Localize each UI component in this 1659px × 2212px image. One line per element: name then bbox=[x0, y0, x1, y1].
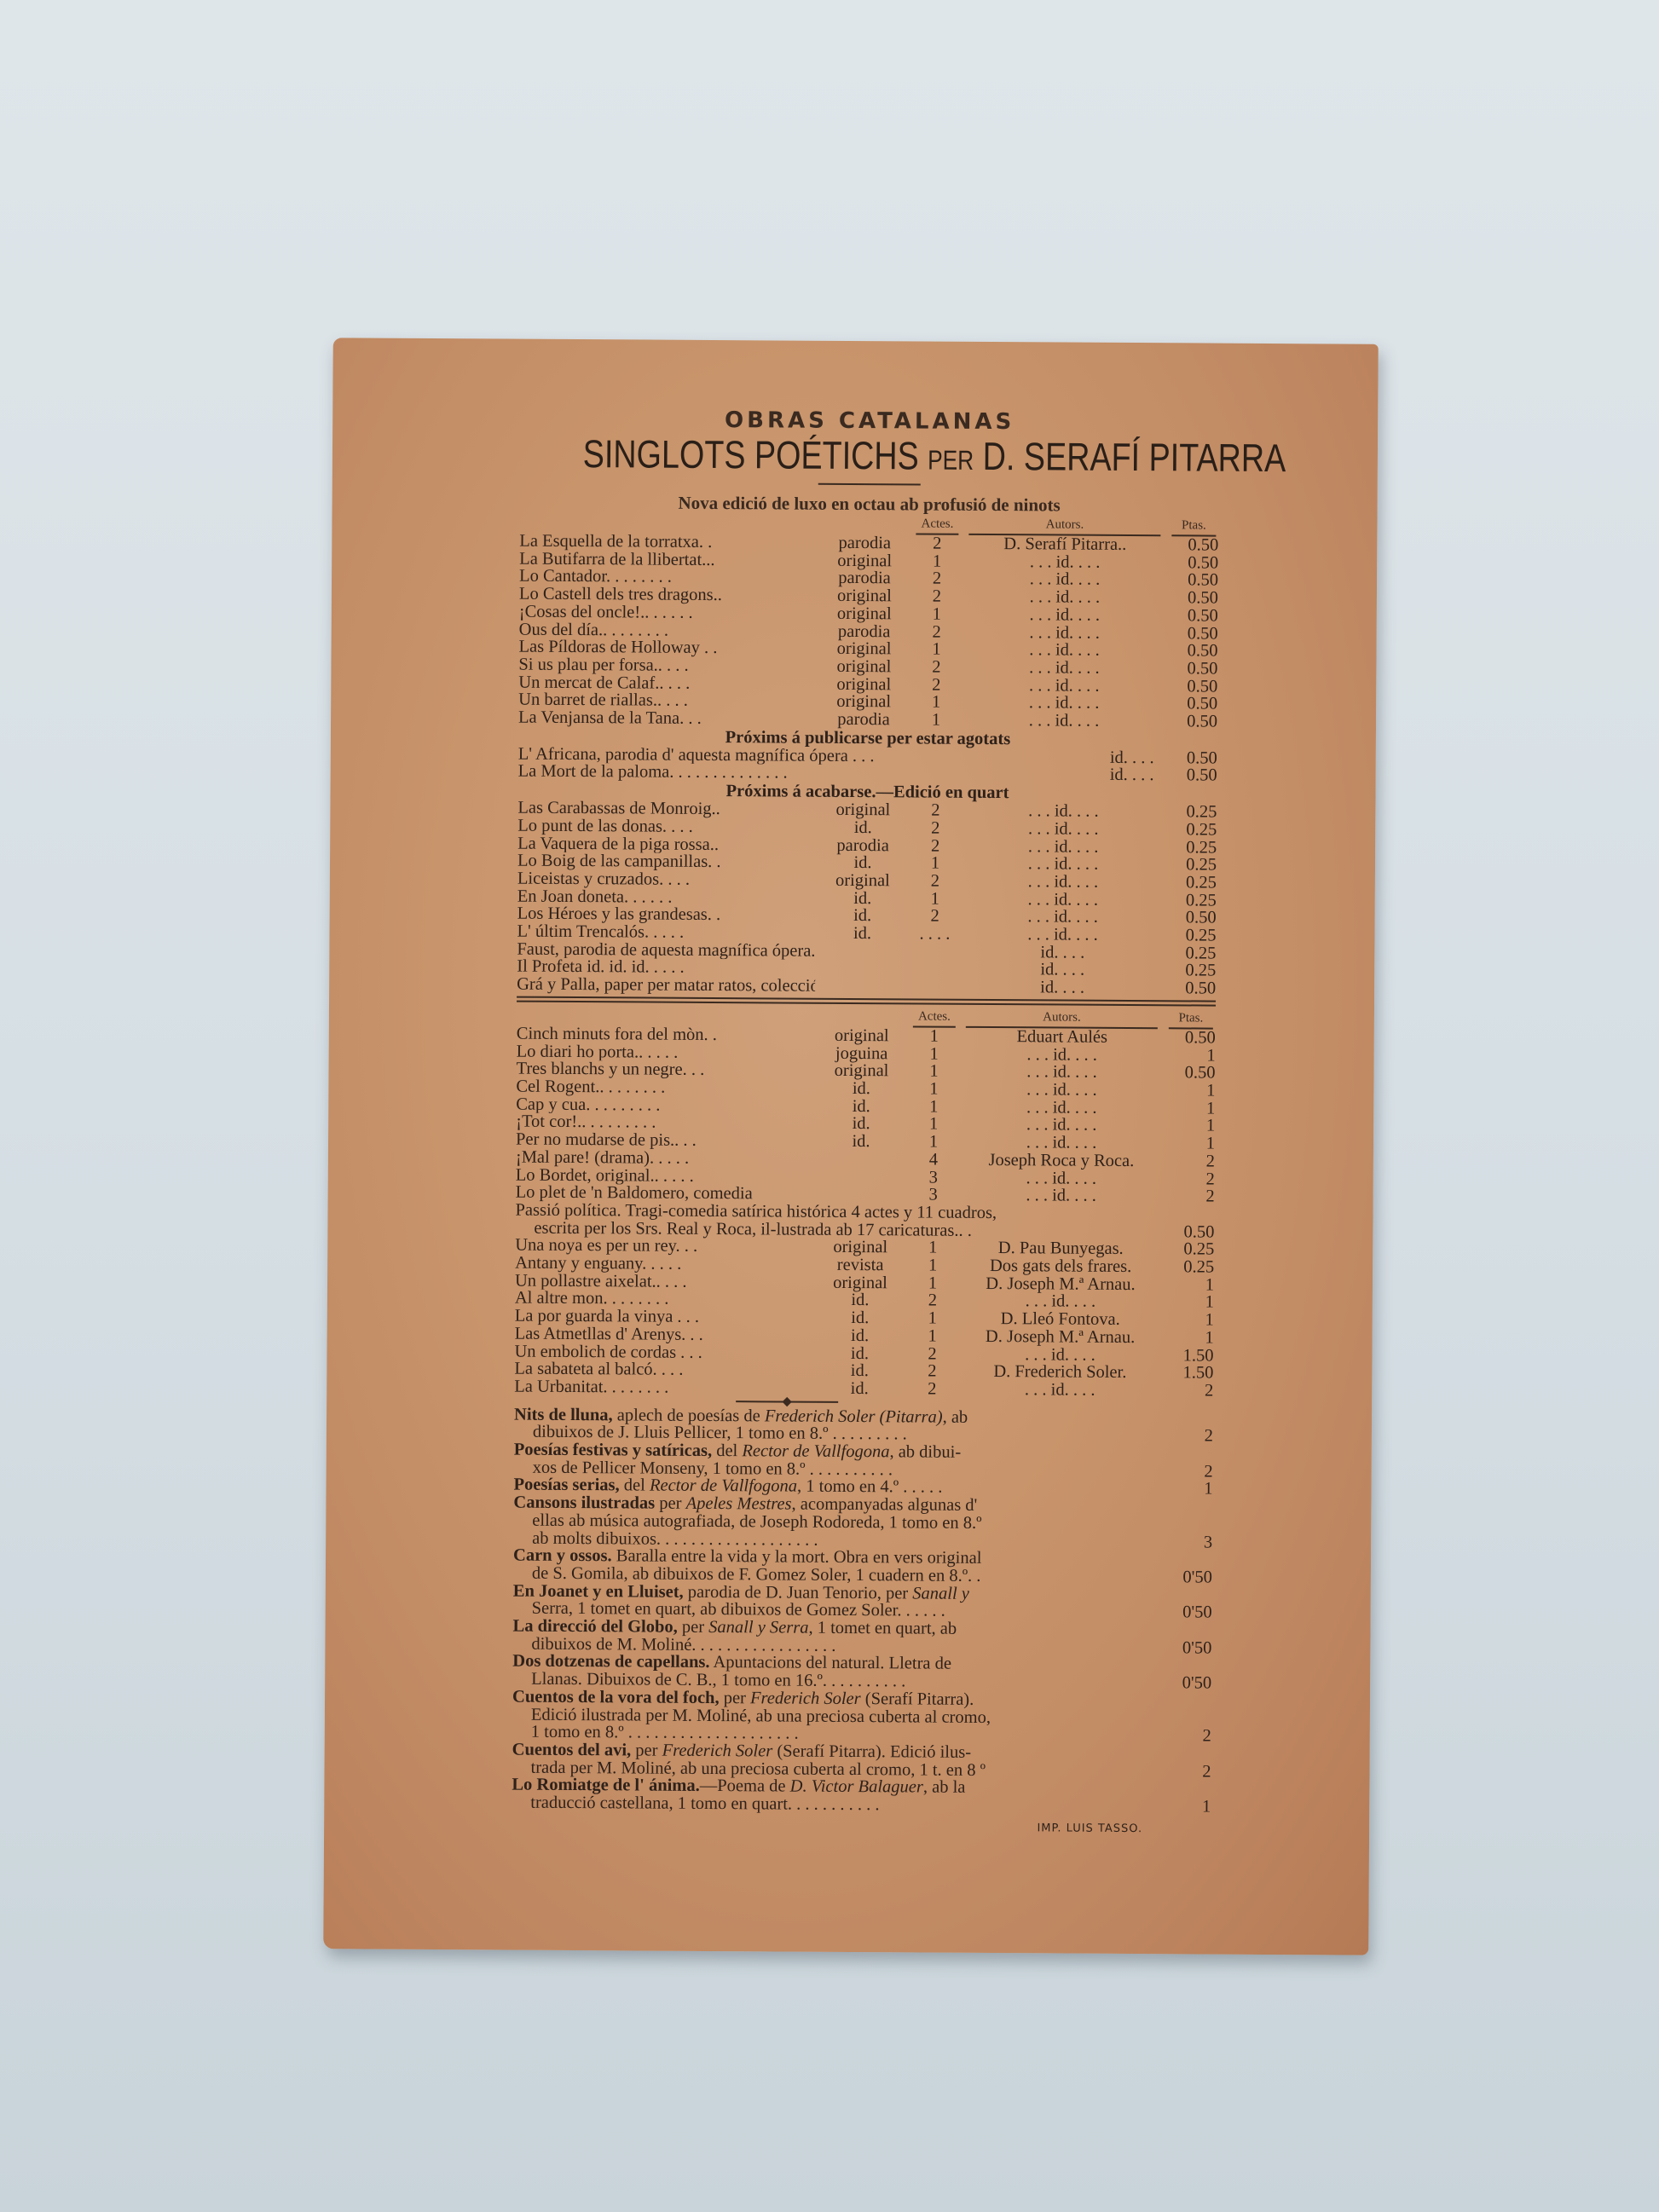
entry-title: Lo Cantador. . . . . . . . bbox=[519, 568, 818, 587]
entry-author: . . . id. . . . bbox=[962, 570, 1167, 589]
entry-author: . . . id. . . . bbox=[959, 1098, 1164, 1117]
book-title: La direcció del Globo, bbox=[512, 1617, 677, 1637]
book-price: 0'50 bbox=[1143, 1639, 1211, 1657]
entry-author: Dos gats dels frares. bbox=[958, 1257, 1163, 1276]
entry-acts: 2 bbox=[910, 802, 961, 820]
entry-price: 0.50 bbox=[1166, 749, 1217, 767]
entry-author: . . . id. . . . bbox=[961, 837, 1165, 856]
title-part-b: D. SERAFÍ PITARRA bbox=[983, 434, 1286, 480]
book-desc: per bbox=[678, 1618, 709, 1637]
book-text: Carn y ossos. Baralla entre la vida y la… bbox=[513, 1547, 1144, 1586]
entry-title: Faust, parodia de aquesta magnífica óper… bbox=[517, 940, 815, 960]
entry-acts: 1 bbox=[907, 1256, 958, 1274]
book-price: 0'50 bbox=[1144, 1568, 1212, 1586]
entry-genre: revista bbox=[813, 1256, 907, 1274]
entry-title: Liceistas y cruzados. . . . bbox=[517, 870, 816, 890]
passio-entry: Passió política. Tragi-comedia satírica … bbox=[515, 1202, 1214, 1241]
entry-genre: parodia bbox=[818, 569, 911, 587]
entry-acts: 1 bbox=[907, 1274, 958, 1292]
entry-author: . . . id. . . . bbox=[962, 659, 1166, 678]
entry-title: Si us plau per forsa.. . . . bbox=[518, 656, 817, 676]
entry-acts: . . . . bbox=[909, 925, 960, 943]
col-price-2: Ptas. bbox=[1169, 1011, 1213, 1029]
entry-acts: 2 bbox=[910, 908, 961, 926]
entry-title: Las Píldoras de Holloway . . bbox=[519, 638, 818, 658]
entry-author: id. . . . bbox=[960, 961, 1165, 979]
page-title: SINGLOTS POÉTICHS PER D. SERAFÍ PITARRA bbox=[583, 430, 1157, 480]
entry-title: La Venjansa de la Tana. . . bbox=[518, 709, 817, 729]
entry-author: . . . id. . . . bbox=[957, 1381, 1162, 1400]
entry-price: 0.25 bbox=[1165, 892, 1217, 910]
entry-genre: id. bbox=[816, 889, 910, 907]
entry-author: D. Joseph M.ª Arnau. bbox=[958, 1274, 1163, 1293]
entry-genre: parodia bbox=[818, 534, 911, 552]
entry-author: . . . id. . . . bbox=[959, 1187, 1164, 1205]
col-acts: Actes. bbox=[916, 517, 958, 534]
entry-title: Un barret de riallas.. . . . bbox=[518, 691, 817, 711]
entry-title: Il Profeta id. id. id. . . . . bbox=[517, 958, 815, 978]
entry-acts: 2 bbox=[910, 837, 961, 855]
entry-acts: 1 bbox=[909, 1045, 960, 1063]
book-entry: La direcció del Globo, per Sanall y Serr… bbox=[512, 1618, 1211, 1657]
entry-price: 0.50 bbox=[1167, 607, 1218, 625]
title-per: PER bbox=[928, 445, 974, 476]
book-text: Lo Romiatge de l' ánima.—Poema de D. Vic… bbox=[512, 1776, 1142, 1816]
entry-acts: 1 bbox=[910, 694, 962, 712]
entry-author: . . . id. . . . bbox=[959, 1134, 1164, 1152]
section-luxo: La Esquella de la torratxa. .parodia2D. … bbox=[518, 533, 1218, 731]
section-aules: Cinch minuts fora del mòn. .original1Edu… bbox=[516, 1025, 1216, 1205]
entry-acts: 1 bbox=[910, 641, 962, 659]
book-author: Frederich Soler bbox=[750, 1689, 861, 1708]
entry-title: Una noya es per un rey. . . bbox=[515, 1237, 813, 1256]
entry-acts: 2 bbox=[910, 819, 961, 837]
entry-genre: original bbox=[813, 1239, 907, 1256]
entry-genre: original bbox=[818, 552, 911, 569]
entry-price: 0.50 bbox=[1166, 660, 1217, 678]
book-author: Frederich Soler (Pitarra) bbox=[765, 1406, 943, 1426]
book-entry: Cansons ilustradas per Apeles Mestres, a… bbox=[513, 1494, 1212, 1551]
entry-price: 0.25 bbox=[1165, 821, 1217, 839]
entry-price: 1 bbox=[1164, 1118, 1215, 1135]
entry-price: 0.50 bbox=[1166, 678, 1217, 696]
entry-author: . . . id. . . . bbox=[962, 712, 1166, 731]
book-desc: del bbox=[620, 1476, 650, 1495]
book-title: Poesías serias, bbox=[514, 1476, 620, 1495]
table-row: La Urbanitat. . . . . . . .id.2. . . id.… bbox=[514, 1378, 1213, 1401]
passio-price: 0.50 bbox=[1146, 1223, 1214, 1241]
entry-acts: 3 bbox=[908, 1187, 959, 1204]
ornament-rule bbox=[736, 1401, 838, 1403]
book-price: 0'50 bbox=[1144, 1603, 1212, 1621]
col-price: Ptas. bbox=[1171, 518, 1216, 536]
entry-title: La por guarda la vinya . . . bbox=[515, 1308, 813, 1327]
entry-acts: 2 bbox=[910, 676, 962, 694]
entry-title: En Joan doneta. . . . . . bbox=[517, 887, 816, 907]
book-entry: Lo Romiatge de l' ánima.—Poema de D. Vic… bbox=[512, 1776, 1211, 1816]
entry-price: 1 bbox=[1164, 1100, 1215, 1118]
entry-genre: parodia bbox=[816, 836, 910, 854]
entry-price: 0.50 bbox=[1166, 713, 1217, 731]
entry-author: . . . id. . . . bbox=[959, 1169, 1164, 1187]
entry-author: . . . id. . . . bbox=[959, 1081, 1164, 1100]
entry-price: 1 bbox=[1163, 1311, 1214, 1329]
book-text: Cuentos del avi, per Frederich Soler (Se… bbox=[512, 1741, 1142, 1781]
book-price: 1 bbox=[1144, 1481, 1212, 1499]
entry-title: Antany y enguany. . . . . bbox=[515, 1255, 813, 1274]
book-desc2: , ab bbox=[943, 1407, 968, 1426]
entry-genre bbox=[815, 960, 909, 978]
entry-acts: 1 bbox=[907, 1327, 958, 1345]
entry-price: 0.50 bbox=[1165, 979, 1216, 997]
entry-genre: id. bbox=[814, 1133, 908, 1151]
entry-author: . . . id. . . . bbox=[962, 588, 1167, 607]
entry-genre bbox=[814, 1186, 908, 1204]
entry-price: 1 bbox=[1164, 1135, 1215, 1152]
entry-author: . . . id. . . . bbox=[962, 552, 1167, 571]
book-desc: —Poema de bbox=[700, 1776, 790, 1796]
book-desc: del bbox=[712, 1441, 742, 1460]
entry-price: 0.50 bbox=[1167, 536, 1218, 554]
book-price: 2 bbox=[1143, 1727, 1211, 1745]
entry-title: La sabateta al balcó. . . . bbox=[514, 1360, 812, 1380]
entry-genre: id. bbox=[812, 1344, 906, 1362]
book-desc2: , acompanyadas algunas d' bbox=[791, 1495, 977, 1515]
entry-author: D. Lleó Fontova. bbox=[958, 1310, 1163, 1329]
col-acts-2: Actes. bbox=[913, 1009, 956, 1027]
entry-acts: 1 bbox=[908, 1116, 959, 1134]
entry-price: 0.50 bbox=[1166, 696, 1217, 713]
book-desc2: (Serafí Pitarra). bbox=[861, 1689, 974, 1709]
entry-acts: 1 bbox=[908, 1098, 959, 1116]
entry-price: 2 bbox=[1164, 1152, 1215, 1170]
entry-price: 1 bbox=[1163, 1276, 1214, 1294]
book-price: 2 bbox=[1145, 1427, 1213, 1445]
entry-genre: original bbox=[817, 675, 910, 693]
catalog-content: OBRAS CATALANAS SINGLOTS POÉTICHS PER D.… bbox=[512, 403, 1219, 1836]
entry-title: La Urbanitat. . . . . . . . bbox=[514, 1378, 812, 1398]
entry-genre bbox=[815, 978, 909, 996]
entry-author: id. . . . bbox=[1098, 748, 1166, 766]
entry-author: . . . id. . . . bbox=[962, 606, 1167, 625]
book-desc2: , 1 tomo en 4.º . . . . . bbox=[797, 1477, 942, 1497]
entry-title: ¡Mal pare! (drama). . . . . bbox=[516, 1148, 814, 1168]
section-quart: Las Carabassas de Monroig..original2. . … bbox=[517, 800, 1217, 998]
entry-acts: 2 bbox=[906, 1363, 957, 1381]
book-author: Sanall y bbox=[912, 1584, 969, 1603]
book-desc: per bbox=[655, 1494, 686, 1513]
entry-genre: id. bbox=[812, 1380, 906, 1398]
entry-acts: 1 bbox=[909, 1027, 960, 1045]
entry-genre: parodia bbox=[818, 622, 911, 640]
entry-author: . . . id. . . . bbox=[961, 873, 1165, 892]
entry-acts: 2 bbox=[907, 1292, 958, 1310]
book-text: La direcció del Globo, per Sanall y Serr… bbox=[512, 1618, 1143, 1657]
entry-genre: id. bbox=[812, 1362, 906, 1380]
book-author: Sanall y Serra bbox=[708, 1618, 808, 1637]
book-price: 3 bbox=[1144, 1533, 1212, 1551]
entry-genre: original bbox=[817, 693, 910, 711]
entry-price: 0.50 bbox=[1166, 767, 1217, 785]
entry-author: D. Pau Bunyegas. bbox=[958, 1239, 1163, 1258]
book-title: Lo Romiatge de l' ánima. bbox=[512, 1776, 700, 1795]
book-title: Cuentos del avi, bbox=[512, 1741, 632, 1760]
book-text: Dos dotzenas de capellans. Apuntacions d… bbox=[512, 1653, 1143, 1692]
entry-author: . . . id. . . . bbox=[961, 890, 1165, 909]
entry-price: 0.25 bbox=[1163, 1241, 1214, 1259]
entry-acts bbox=[909, 943, 960, 961]
book-entry: Nits de lluna, aplech de poesías de Fred… bbox=[514, 1406, 1213, 1445]
entry-author: D. Joseph M.ª Arnau. bbox=[958, 1328, 1163, 1347]
entry-title: La Esquella de la torratxa. . bbox=[519, 533, 818, 552]
entry-genre: id. bbox=[813, 1291, 907, 1309]
entry-title: Un mercat de Calaf.. . . . bbox=[518, 673, 817, 693]
entry-genre: id. bbox=[813, 1327, 907, 1345]
entry-author: id. . . . bbox=[1098, 766, 1166, 784]
title-rule bbox=[818, 483, 921, 486]
catalog-page: OBRAS CATALANAS SINGLOTS POÉTICHS PER D.… bbox=[323, 338, 1379, 1955]
book-price: 0'50 bbox=[1143, 1674, 1211, 1692]
entry-genre: original bbox=[818, 605, 911, 623]
col-authors: Autors. bbox=[968, 517, 1160, 536]
book-title: Poesías festivas y satíricas, bbox=[514, 1441, 712, 1460]
entry-price: 0.50 bbox=[1167, 554, 1218, 572]
entry-acts: 1 bbox=[907, 1310, 958, 1328]
book-entry: Dos dotzenas de capellans. Apuntacions d… bbox=[512, 1653, 1211, 1692]
entry-acts: 4 bbox=[908, 1151, 959, 1169]
entry-author: . . . id. . . . bbox=[959, 1063, 1164, 1082]
book-author: D. Victor Balaguer bbox=[790, 1777, 923, 1797]
entry-acts: 2 bbox=[906, 1380, 957, 1398]
entry-price: 2 bbox=[1164, 1170, 1215, 1188]
book-text: Nits de lluna, aplech de poesías de Fred… bbox=[514, 1406, 1145, 1445]
book-desc2: , ab dibui- bbox=[889, 1442, 961, 1462]
entry-acts: 2 bbox=[911, 570, 962, 588]
book-title: Cuentos de la vora del foch, bbox=[512, 1687, 720, 1707]
entry-price: 0.50 bbox=[1165, 910, 1217, 927]
entry-author: . . . id. . . . bbox=[961, 855, 1165, 874]
entry-acts bbox=[909, 961, 960, 979]
entry-price: 1 bbox=[1165, 1047, 1216, 1065]
entry-author: . . . id. . . . bbox=[962, 623, 1167, 642]
book-desc: per bbox=[631, 1741, 662, 1759]
book-entry: Poesías festivas y satíricas, del Rector… bbox=[514, 1441, 1213, 1481]
entry-acts: 1 bbox=[910, 711, 962, 729]
entry-author: . . . id. . . . bbox=[961, 802, 1165, 821]
entry-author: . . . id. . . . bbox=[961, 908, 1165, 927]
entry-acts: 1 bbox=[908, 1080, 959, 1098]
entry-acts: 2 bbox=[911, 588, 962, 606]
section-others: Una noya es per un rey. . .original1D. P… bbox=[514, 1237, 1214, 1400]
entry-acts: 1 bbox=[910, 890, 961, 908]
entry-acts bbox=[909, 979, 960, 996]
book-author: Rector de Vallfogona bbox=[650, 1476, 797, 1496]
book-title: Carn y ossos. bbox=[513, 1546, 612, 1566]
imprint: IMP. LUIS TASSO. bbox=[512, 1818, 1211, 1835]
entry-title: Un pollastre aixelat.. . . . bbox=[515, 1272, 813, 1291]
entry-price: 0.50 bbox=[1167, 589, 1218, 607]
book-price: 1 bbox=[1142, 1798, 1211, 1816]
entry-genre: id. bbox=[814, 1097, 908, 1115]
entry-acts: 2 bbox=[910, 658, 962, 676]
entry-genre: original bbox=[816, 801, 910, 819]
col-authors-2: Autors. bbox=[966, 1010, 1158, 1029]
entry-title: Grá y Palla, paper per matar ratos, cole… bbox=[517, 976, 815, 996]
entry-title: Las Carabassas de Monroig.. bbox=[517, 800, 816, 819]
entry-genre: original bbox=[817, 658, 910, 676]
entry-genre: id. bbox=[814, 1080, 908, 1098]
entry-author: id. . . . bbox=[960, 944, 1165, 962]
entry-acts: 1 bbox=[911, 552, 962, 570]
entry-price: 0.50 bbox=[1164, 1065, 1215, 1083]
entry-author: . . . id. . . . bbox=[961, 820, 1165, 839]
entry-price: 0.25 bbox=[1165, 874, 1217, 892]
book-text: Cansons ilustradas per Apeles Mestres, a… bbox=[513, 1494, 1144, 1551]
entry-title: L' últim Trencalós. . . . . bbox=[517, 923, 815, 943]
book-desc2: (Serafí Pitarra). Edició ilus- bbox=[772, 1741, 971, 1761]
book-entry: Carn y ossos. Baralla entre la vida y la… bbox=[513, 1547, 1212, 1586]
book-entry: Cuentos del avi, per Frederich Soler (Se… bbox=[512, 1741, 1211, 1781]
entry-price: 2 bbox=[1162, 1382, 1213, 1400]
entry-title: Cel Rogent.. . . . . . . . bbox=[516, 1078, 814, 1098]
table-row: Grá y Palla, paper per matar ratos, cole… bbox=[517, 976, 1216, 998]
entry-price: 0.25 bbox=[1165, 927, 1216, 944]
book-price: 2 bbox=[1145, 1463, 1213, 1481]
entry-title: Per no mudarse de pis.. . . bbox=[516, 1131, 814, 1151]
double-rule bbox=[517, 996, 1216, 1006]
entry-title: Lo Castell dels tres dragons.. bbox=[519, 586, 818, 605]
entry-price: 0.50 bbox=[1165, 1029, 1216, 1047]
entry-title: Cinch minuts fora del mòn. . bbox=[517, 1025, 815, 1044]
entry-title: Un embolich de cordas . . . bbox=[514, 1343, 812, 1362]
entry-author: . . . id. . . . bbox=[958, 1292, 1163, 1311]
entry-genre: original bbox=[815, 1027, 909, 1045]
entry-title: Lo punt de las donas. . . . bbox=[517, 817, 816, 836]
book-author: Apeles Mestres bbox=[686, 1494, 792, 1514]
book-title: Nits de lluna, bbox=[514, 1405, 613, 1424]
entry-author: . . . id. . . . bbox=[957, 1345, 1162, 1364]
book-text: Cuentos de la vora del foch, per Frederi… bbox=[512, 1688, 1143, 1745]
entry-author: . . . id. . . . bbox=[959, 1116, 1164, 1135]
entry-price: 0.25 bbox=[1165, 856, 1217, 874]
entry-author: . . . id. . . . bbox=[962, 676, 1166, 695]
entry-genre bbox=[815, 943, 909, 961]
entry-genre: id. bbox=[816, 819, 910, 837]
entry-acts: 2 bbox=[911, 623, 962, 641]
book-text: En Joanet y en Lluiset, parodia de D. Ju… bbox=[513, 1582, 1144, 1621]
entry-genre: id. bbox=[813, 1309, 907, 1327]
entry-genre: id. bbox=[816, 907, 910, 925]
entry-price: 0.25 bbox=[1165, 839, 1217, 857]
entry-title: ¡Cosas del oncle!.. . . . . . bbox=[519, 603, 818, 622]
book-desc: aplech de poesías de bbox=[613, 1406, 765, 1425]
book-entry: En Joanet y en Lluiset, parodia de D. Ju… bbox=[513, 1582, 1212, 1621]
entry-price: 0.50 bbox=[1166, 642, 1217, 660]
entry-price: 0.50 bbox=[1167, 625, 1218, 643]
entry-title: ¡Tot cor!.. . . . . . . . . bbox=[516, 1113, 814, 1133]
entry-price: 0.25 bbox=[1165, 962, 1216, 980]
entry-title: Los Héroes y las grandesas. . bbox=[517, 905, 816, 925]
book-author: Rector de Vallfogona bbox=[742, 1441, 889, 1461]
title-part-a: SINGLOTS POÉTICHS bbox=[583, 431, 919, 477]
book-author: Frederich Soler bbox=[662, 1741, 773, 1761]
entry-acts: 1 bbox=[910, 855, 961, 873]
entry-author: D. Serafí Pitarra.. bbox=[962, 535, 1167, 554]
entry-title: Lo Bordet, original.. . . . . bbox=[516, 1166, 814, 1186]
entry-title: Cap y cua. . . . . . . . . bbox=[516, 1095, 814, 1115]
entry-genre bbox=[814, 1168, 908, 1186]
book-title: Dos dotzenas de capellans. bbox=[512, 1652, 709, 1672]
entry-title: Ous del día.. . . . . . . . bbox=[519, 621, 818, 640]
entry-author: . . . id. . . . bbox=[960, 1045, 1165, 1064]
entry-price: 0.25 bbox=[1163, 1258, 1214, 1276]
entry-author: Eduart Aulés bbox=[960, 1028, 1165, 1047]
entry-genre: id. bbox=[814, 1115, 908, 1133]
entry-price: 1 bbox=[1163, 1294, 1214, 1312]
entry-genre: original bbox=[818, 640, 911, 658]
entry-genre: original bbox=[813, 1273, 907, 1291]
subtitle: Nova edició de luxo en octau ab profusió… bbox=[520, 492, 1219, 517]
book-desc2: , 1 tomet en quart, ab bbox=[808, 1619, 957, 1638]
entry-acts: 1 bbox=[908, 1063, 959, 1081]
book-title: En Joanet y en Lluiset, bbox=[513, 1581, 684, 1601]
entry-genre bbox=[814, 1151, 908, 1169]
entry-genre: id. bbox=[815, 925, 909, 943]
entry-title: Al altre mon. . . . . . . . bbox=[515, 1290, 813, 1309]
entry-acts: 2 bbox=[910, 872, 961, 890]
entry-price: 1.50 bbox=[1162, 1347, 1213, 1365]
entry-acts: 1 bbox=[908, 1134, 959, 1152]
entry-price: 2 bbox=[1164, 1187, 1215, 1205]
entry-price: 1 bbox=[1163, 1329, 1214, 1347]
entry-genre: original bbox=[818, 587, 911, 605]
entry-title: La Vaquera de la piga rossa.. bbox=[517, 835, 816, 854]
book-entry: Cuentos de la vora del foch, per Frederi… bbox=[512, 1688, 1211, 1745]
entry-author: D. Frederich Soler. bbox=[957, 1363, 1162, 1382]
books-list: Nits de lluna, aplech de poesías de Fred… bbox=[512, 1406, 1213, 1816]
entry-price: 0.25 bbox=[1165, 803, 1217, 821]
entry-price: 0.25 bbox=[1165, 944, 1216, 962]
entry-title: La Mort de la paloma. . . . . . . . . . … bbox=[518, 763, 1098, 784]
book-price: 2 bbox=[1142, 1763, 1211, 1781]
entry-genre: original bbox=[816, 872, 910, 890]
entry-genre: id. bbox=[816, 854, 910, 872]
section-agotats: L' Africana, parodia d' aquesta magnífic… bbox=[518, 745, 1217, 784]
entry-genre: joguina bbox=[815, 1044, 909, 1062]
book-cont: traducció castellana, 1 tomo en quart. .… bbox=[512, 1794, 1142, 1816]
book-desc: per bbox=[720, 1689, 751, 1707]
entry-author: . . . id. . . . bbox=[962, 641, 1166, 660]
book-title: Cansons ilustradas bbox=[513, 1493, 655, 1513]
entry-author: id. . . . bbox=[960, 979, 1165, 997]
entry-genre: original bbox=[814, 1062, 908, 1080]
entry-price: 0.50 bbox=[1167, 572, 1218, 590]
entry-title: La Butifarra de la llibertat... bbox=[519, 550, 818, 569]
book-desc2: , ab la bbox=[923, 1778, 966, 1797]
entry-genre: parodia bbox=[817, 711, 910, 729]
entry-title: Tres blanchs y un negre. . . bbox=[516, 1060, 814, 1080]
entry-author: Joseph Roca y Roca. bbox=[959, 1152, 1164, 1170]
entry-price: 1.50 bbox=[1162, 1364, 1213, 1382]
entry-acts: 1 bbox=[907, 1239, 958, 1257]
entry-acts: 2 bbox=[906, 1345, 957, 1363]
entry-acts: 1 bbox=[911, 605, 962, 623]
book-text: Poesías festivas y satíricas, del Rector… bbox=[514, 1441, 1145, 1481]
entry-title: Las Atmetllas d' Arenys. . . bbox=[515, 1325, 813, 1344]
entry-acts: 2 bbox=[911, 534, 962, 552]
entry-price: 1 bbox=[1164, 1082, 1215, 1100]
entry-title: Lo Boig de las campanillas. . bbox=[517, 852, 816, 872]
